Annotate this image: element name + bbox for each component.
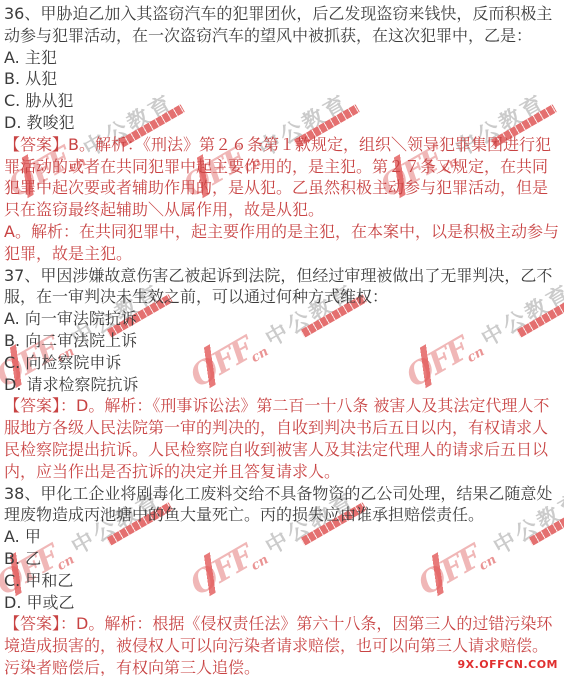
question-37-answer-analysis: 【答案】：D。解析：《刑事诉讼法》第二百一十八条 被害人及其法定代理人不服地方各… <box>4 395 560 482</box>
question-36-option-a: A. 主犯 <box>4 47 560 69</box>
question-36-option-c: C. 胁从犯 <box>4 90 560 112</box>
question-37-option-b: B. 向二审法院上诉 <box>4 330 560 352</box>
question-36-answer-analysis: 【答案】B。解析：《刑法》第２６条第１款规定，组织＼领导犯罪集团进行犯罪活动的或… <box>4 134 560 221</box>
exam-document-page: 36、甲胁迫乙加入其盗窃汽车的犯罪团伙，后乙发现盗窃来钱快，反而积极主动参与犯罪… <box>0 0 564 676</box>
question-block-37: 37、甲因涉嫌故意伤害乙被起诉到法院，但经过审理被做出了无罪判决，乙不服，在一审… <box>4 265 560 483</box>
question-36-answer-analysis-extra: A。解析：在共同犯罪中，起主要作用的是主犯，在本案中，以是积极主动参与犯罪，故是… <box>4 221 560 265</box>
question-38-option-c: C. 甲和乙 <box>4 570 560 592</box>
question-37-stem: 37、甲因涉嫌故意伤害乙被起诉到法院，但经过审理被做出了无罪判决，乙不服，在一审… <box>4 265 560 309</box>
question-36-option-d: D. 教唆犯 <box>4 112 560 134</box>
question-38-option-a: A. 甲 <box>4 526 560 548</box>
question-37-option-c: C. 向检察院申诉 <box>4 352 560 374</box>
question-block-36: 36、甲胁迫乙加入其盗窃汽车的犯罪团伙，后乙发现盗窃来钱快，反而积极主动参与犯罪… <box>4 3 560 265</box>
question-37-option-d: D. 请求检察院抗诉 <box>4 374 560 396</box>
question-36-option-b: B. 从犯 <box>4 68 560 90</box>
question-38-option-b: B. 乙 <box>4 548 560 570</box>
question-block-38: 38、甲化工企业将剧毒化工废料交给不具备物资的乙公司处理，结果乙随意处理废物造成… <box>4 483 560 676</box>
footer-site-url: 9X.OFFCN.COM <box>457 658 558 671</box>
question-36-stem: 36、甲胁迫乙加入其盗窃汽车的犯罪团伙，后乙发现盗窃来钱快，反而积极主动参与犯罪… <box>4 3 560 47</box>
question-38-option-d: D. 甲或乙 <box>4 592 560 614</box>
question-38-stem: 38、甲化工企业将剧毒化工废料交给不具备物资的乙公司处理，结果乙随意处理废物造成… <box>4 483 560 527</box>
question-37-option-a: A. 向一审法院抗诉 <box>4 308 560 330</box>
